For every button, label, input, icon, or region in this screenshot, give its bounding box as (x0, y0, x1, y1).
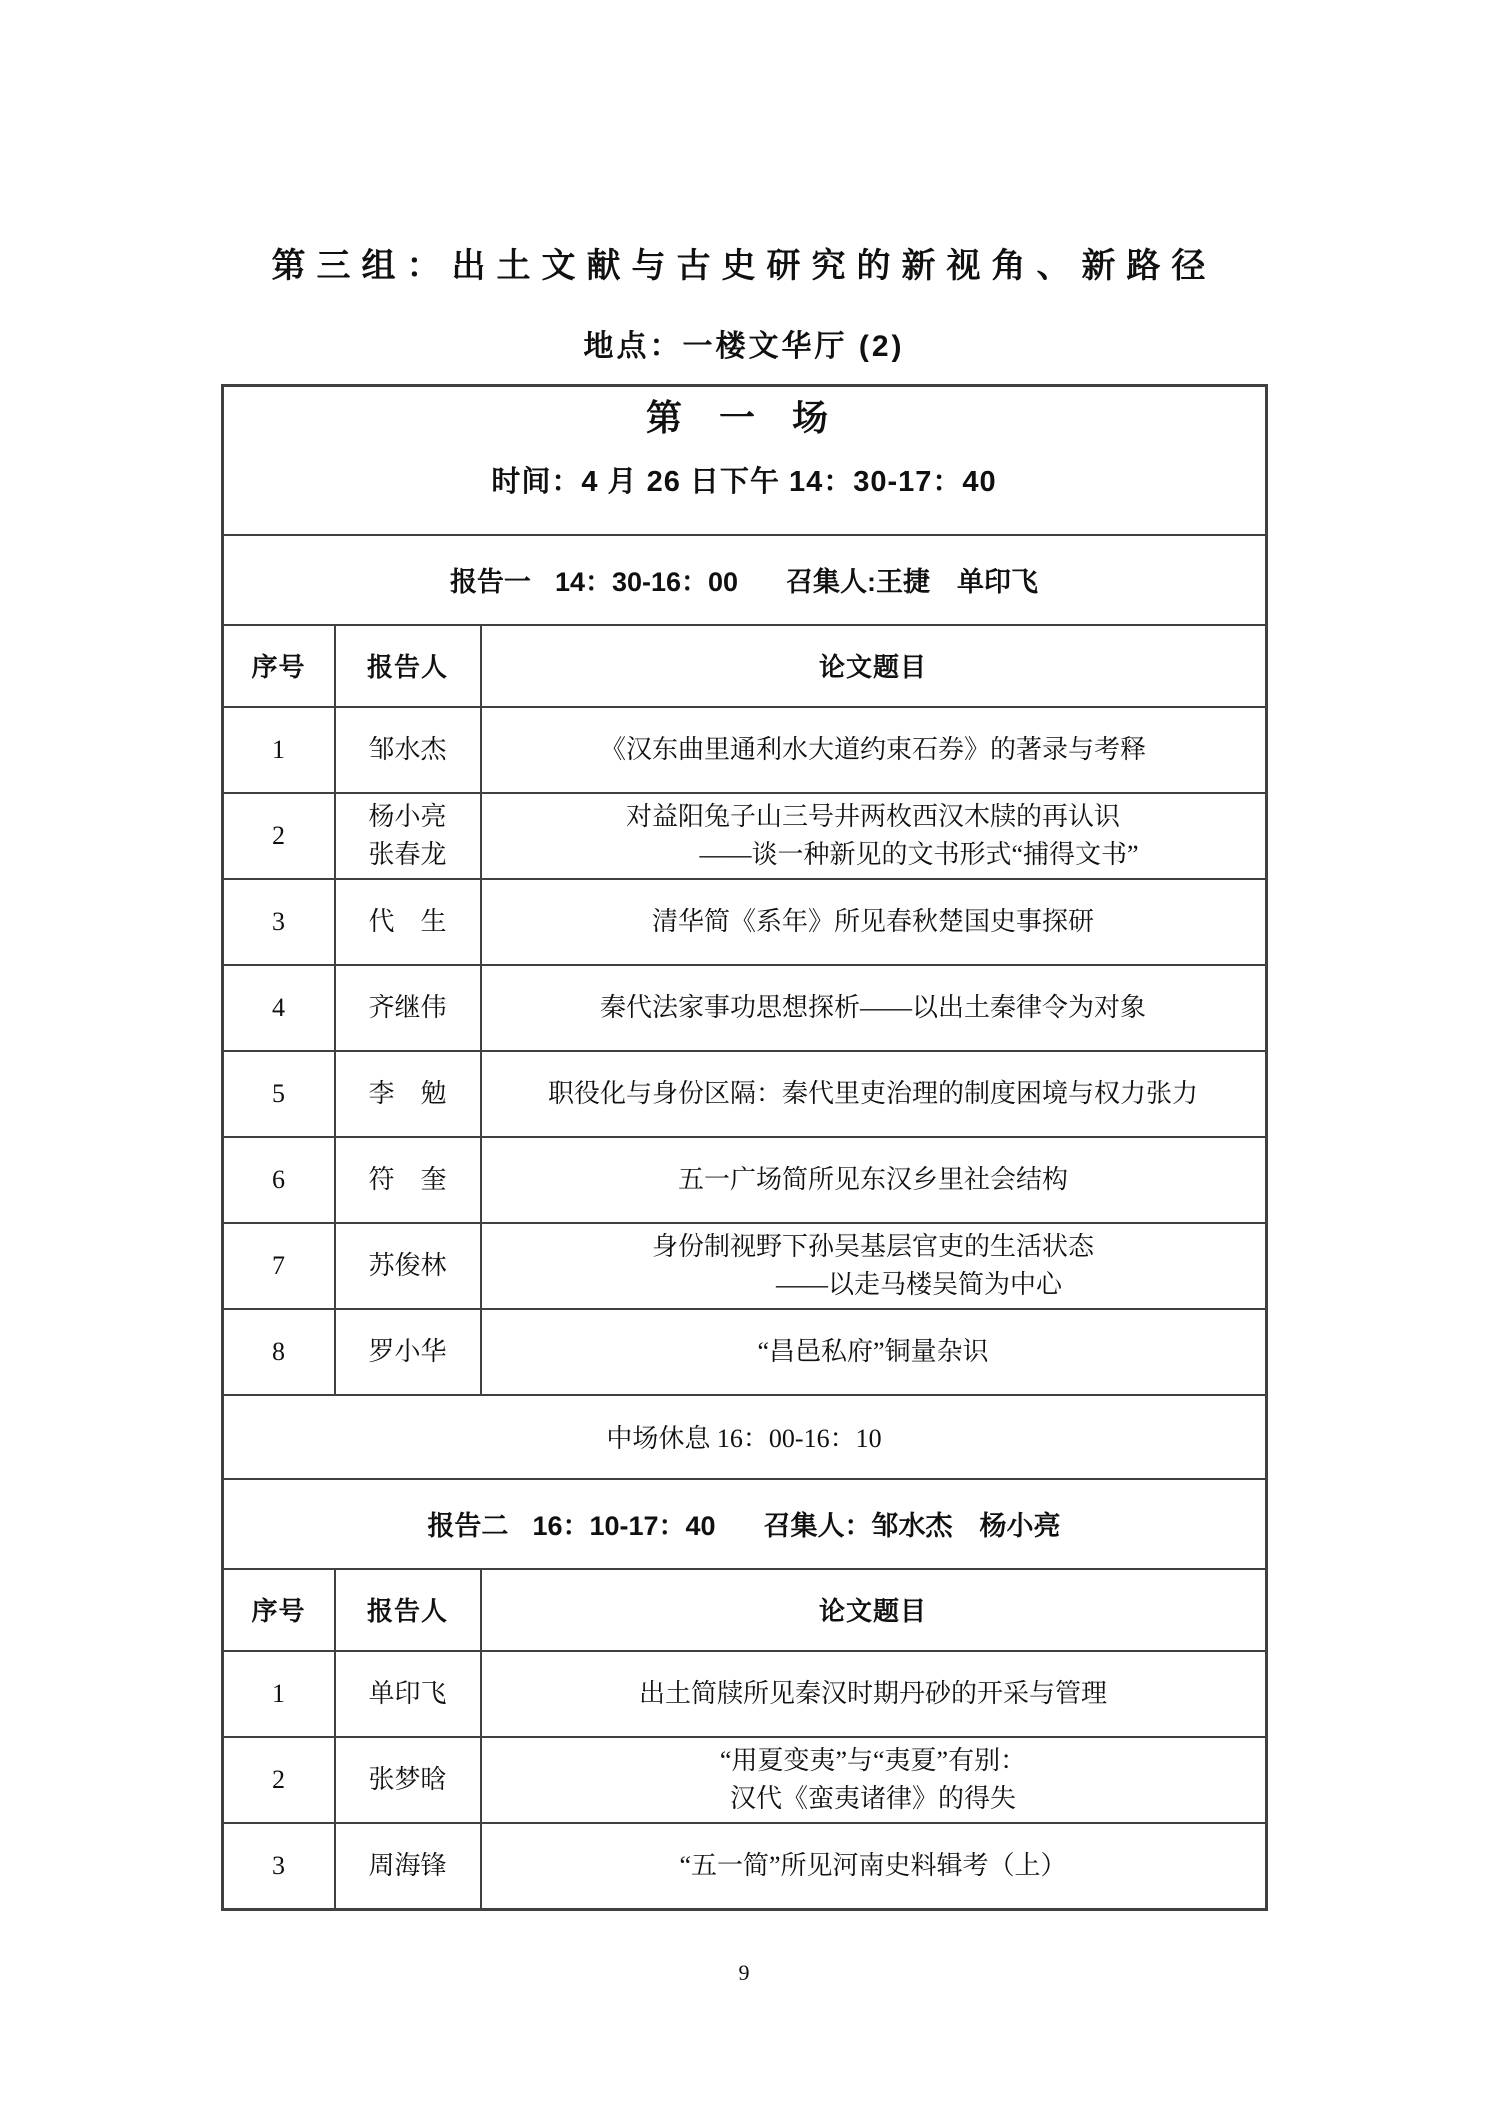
row-number: 1 (224, 1652, 334, 1736)
speaker-name: 齐继伟 (334, 966, 480, 1050)
title-line: ——谈一种新见的文书形式“捕得文书” (699, 836, 1138, 874)
speaker-line: 张梦晗 (368, 1761, 446, 1799)
title-line: “五一简”所见河南史料辑考（上） (679, 1847, 1066, 1885)
paper-title: 出土简牍所见秦汉时期丹砂的开采与管理 (480, 1652, 1265, 1736)
speaker-line: 齐继伟 (368, 989, 446, 1027)
column-header-no: 序号 (224, 626, 334, 706)
row-number: 1 (224, 708, 334, 792)
speaker-name: 张梦晗 (334, 1738, 480, 1822)
paper-title: 身份制视野下孙吴基层官吏的生活状态 ——以走马楼吴简为中心 (480, 1224, 1265, 1308)
part2-heading-row: 报告二 16：10-17：40 召集人：邹水杰 杨小亮 (224, 1478, 1265, 1568)
table-row: 3 周海锋 “五一简”所见河南史料辑考（上） (224, 1822, 1265, 1908)
speaker-name: 代 生 (334, 880, 480, 964)
title-line: 职役化与身份区隔：秦代里吏治理的制度困境与权力张力 (548, 1075, 1198, 1113)
row-number: 2 (224, 1738, 334, 1822)
title-line: 秦代法家事功思想探析——以出土秦律令为对象 (600, 989, 1146, 1027)
column-header-title: 论文题目 (480, 1570, 1265, 1650)
break-row: 中场休息 16：00-16：10 (224, 1394, 1265, 1478)
part1-time: 14：30-16：00 (555, 560, 738, 599)
column-header-speaker: 报告人 (334, 1570, 480, 1650)
location-line: 地点：一楼文华厅 (2) (0, 330, 1488, 363)
speaker-name: 罗小华 (334, 1310, 480, 1394)
column-header-row: 序号 报告人 论文题目 (224, 1568, 1265, 1650)
title-line: 对益阳兔子山三号井两枚西汉木牍的再认识 (626, 798, 1120, 836)
speaker-line: 罗小华 (368, 1333, 446, 1371)
table-row: 3 代 生 清华简《系年》所见春秋楚国史事探研 (224, 878, 1265, 964)
speaker-line: 苏俊林 (368, 1247, 446, 1285)
row-number: 5 (224, 1052, 334, 1136)
title-line: 五一广场简所见东汉乡里社会结构 (678, 1161, 1068, 1199)
part2-label: 报告二 (427, 1504, 508, 1543)
speaker-line: 李 勉 (368, 1075, 446, 1113)
paper-title: 五一广场简所见东汉乡里社会结构 (480, 1138, 1265, 1222)
part2-time: 16：10-17：40 (532, 1504, 715, 1543)
paper-title: 职役化与身份区隔：秦代里吏治理的制度困境与权力张力 (480, 1052, 1265, 1136)
speaker-line: 杨小亮 (368, 798, 446, 836)
title-line: 《汉东曲里通利水大道约束石券》的著录与考释 (600, 731, 1146, 769)
table-row: 7 苏俊林 身份制视野下孙吴基层官吏的生活状态 ——以走马楼吴简为中心 (224, 1222, 1265, 1308)
table-row: 2 杨小亮 张春龙 对益阳兔子山三号井两枚西汉木牍的再认识 ——谈一种新见的文书… (224, 792, 1265, 878)
table-row: 4 齐继伟 秦代法家事功思想探析——以出土秦律令为对象 (224, 964, 1265, 1050)
column-header-speaker: 报告人 (334, 626, 480, 706)
table-row: 1 邹水杰 《汉东曲里通利水大道约束石券》的著录与考释 (224, 706, 1265, 792)
speaker-name: 李 勉 (334, 1052, 480, 1136)
speaker-line: 符 奎 (368, 1161, 446, 1199)
title-line: “用夏变夷”与“夷夏”有别： (720, 1742, 1026, 1780)
title-line: 出土简牍所见秦汉时期丹砂的开采与管理 (639, 1675, 1107, 1713)
speaker-line: 单印飞 (368, 1675, 446, 1713)
title-line: “昌邑私府”铜量杂识 (757, 1333, 988, 1371)
session-time: 时间：4 月 26 日下午 14：30-17：40 (224, 467, 1265, 498)
part1-heading-row: 报告一 14：30-16：00 召集人:王捷 单印飞 (224, 534, 1265, 624)
speaker-name: 周海锋 (334, 1824, 480, 1908)
speaker-line: 代 生 (368, 903, 446, 941)
row-number: 7 (224, 1224, 334, 1308)
session-header-cell: 第 一 场 时间：4 月 26 日下午 14：30-17：40 (224, 399, 1265, 534)
row-number: 4 (224, 966, 334, 1050)
table-row: 5 李 勉 职役化与身份区隔：秦代里吏治理的制度困境与权力张力 (224, 1050, 1265, 1136)
speaker-line: 周海锋 (368, 1847, 446, 1885)
paper-title: “昌邑私府”铜量杂识 (480, 1310, 1265, 1394)
part1-conveners: 召集人:王捷 单印飞 (786, 560, 1038, 599)
paper-title: “五一简”所见河南史料辑考（上） (480, 1824, 1265, 1908)
speaker-name: 杨小亮 张春龙 (334, 794, 480, 878)
column-header-row: 序号 报告人 论文题目 (224, 624, 1265, 706)
column-header-title: 论文题目 (480, 626, 1265, 706)
speaker-name: 苏俊林 (334, 1224, 480, 1308)
speaker-name: 邹水杰 (334, 708, 480, 792)
speaker-line: 张春龙 (368, 836, 446, 874)
program-table: 第 一 场 时间：4 月 26 日下午 14：30-17：40 报告一 14：3… (221, 384, 1268, 1911)
table-row: 1 单印飞 出土简牍所见秦汉时期丹砂的开采与管理 (224, 1650, 1265, 1736)
title-line: 汉代《蛮夷诸律》的得失 (730, 1780, 1016, 1818)
paper-title: 清华简《系年》所见春秋楚国史事探研 (480, 880, 1265, 964)
table-row: 6 符 奎 五一广场简所见东汉乡里社会结构 (224, 1136, 1265, 1222)
title-line: 清华简《系年》所见春秋楚国史事探研 (652, 903, 1094, 941)
paper-title: 秦代法家事功思想探析——以出土秦律令为对象 (480, 966, 1265, 1050)
row-number: 6 (224, 1138, 334, 1222)
row-number: 8 (224, 1310, 334, 1394)
page-title: 第三组：出土文献与古史研究的新视角、新路径 (0, 0, 1488, 286)
speaker-name: 单印飞 (334, 1652, 480, 1736)
title-line: ——以走马楼吴简为中心 (776, 1266, 1062, 1304)
paper-title: “用夏变夷”与“夷夏”有别： 汉代《蛮夷诸律》的得失 (480, 1738, 1265, 1822)
part2-conveners: 召集人：邹水杰 杨小亮 (764, 1504, 1061, 1543)
row-number: 3 (224, 1824, 334, 1908)
row-number: 3 (224, 880, 334, 964)
session-title: 第 一 场 (224, 399, 1265, 437)
row-number: 2 (224, 794, 334, 878)
part1-label: 报告一 (450, 560, 531, 599)
paper-title: 对益阳兔子山三号井两枚西汉木牍的再认识 ——谈一种新见的文书形式“捕得文书” (480, 794, 1265, 878)
page-number: 9 (0, 1961, 1488, 1985)
column-header-no: 序号 (224, 1570, 334, 1650)
title-line: 身份制视野下孙吴基层官吏的生活状态 (652, 1228, 1094, 1266)
table-row: 2 张梦晗 “用夏变夷”与“夷夏”有别： 汉代《蛮夷诸律》的得失 (224, 1736, 1265, 1822)
speaker-line: 邹水杰 (368, 731, 446, 769)
paper-title: 《汉东曲里通利水大道约束石券》的著录与考释 (480, 708, 1265, 792)
document-page: 第三组：出土文献与古史研究的新视角、新路径 地点：一楼文华厅 (2) 第 一 场… (0, 0, 1488, 2105)
table-row: 8 罗小华 “昌邑私府”铜量杂识 (224, 1308, 1265, 1394)
speaker-name: 符 奎 (334, 1138, 480, 1222)
